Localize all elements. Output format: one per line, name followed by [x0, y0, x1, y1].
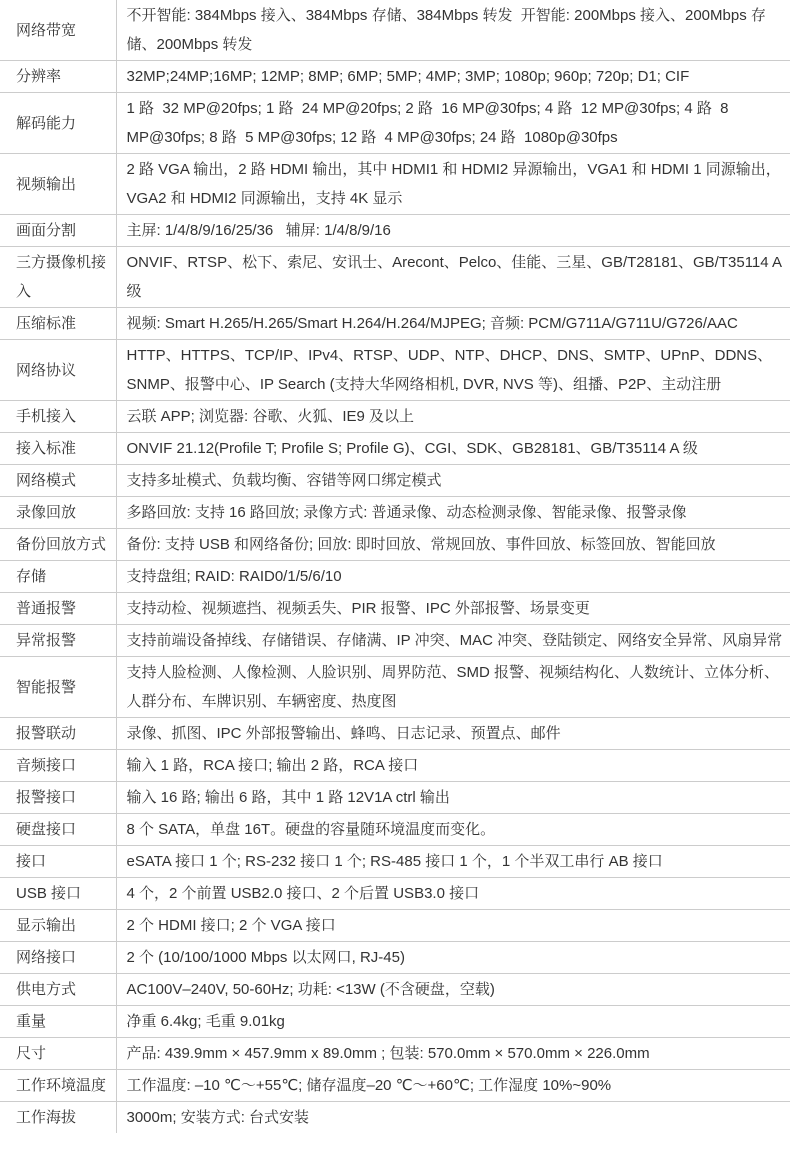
spec-table: 网络带宽 不开智能: 384Mbps 接入、384Mbps 存储、384Mbps…	[0, 0, 790, 1133]
spec-value: 输入 1 路，RCA 接口; 输出 2 路，RCA 接口	[116, 750, 790, 782]
spec-value: 产品: 439.9mm × 457.9mm x 89.0mm ; 包装: 570…	[116, 1038, 790, 1070]
spec-label: 尺寸	[0, 1038, 116, 1070]
spec-row: 显示输出 2 个 HDMI 接口; 2 个 VGA 接口	[0, 910, 790, 942]
spec-row: 报警接口 输入 16 路; 输出 6 路，其中 1 路 12V1A ctrl 输…	[0, 782, 790, 814]
spec-value: 视频: Smart H.265/H.265/Smart H.264/H.264/…	[116, 308, 790, 340]
spec-label: 显示输出	[0, 910, 116, 942]
spec-value: 工作温度: –10 ℃～+55℃; 储存温度–20 ℃～+60℃; 工作湿度 1…	[116, 1070, 790, 1102]
spec-value: 支持前端设备掉线、存储错误、存储满、IP 冲突、MAC 冲突、登陆锁定、网络安全…	[116, 625, 790, 657]
spec-row: 智能报警 支持人脸检测、人像检测、人脸识别、周界防范、SMD 报警、视频结构化、…	[0, 657, 790, 718]
spec-row: 重量 净重 6.4kg; 毛重 9.01kg	[0, 1006, 790, 1038]
spec-value: 多路回放: 支持 16 路回放; 录像方式: 普通录像、动态检测录像、智能录像、…	[116, 497, 790, 529]
spec-row: 压缩标准 视频: Smart H.265/H.265/Smart H.264/H…	[0, 308, 790, 340]
spec-value: 支持人脸检测、人像检测、人脸识别、周界防范、SMD 报警、视频结构化、人数统计、…	[116, 657, 790, 718]
spec-value: 不开智能: 384Mbps 接入、384Mbps 存储、384Mbps 转发 开…	[116, 0, 790, 61]
spec-row: 报警联动 录像、抓图、IPC 外部报警输出、蜂鸣、日志记录、预置点、邮件	[0, 718, 790, 750]
spec-value: 1 路 32 MP@20fps; 1 路 24 MP@20fps; 2 路 16…	[116, 93, 790, 154]
spec-table-body: 网络带宽 不开智能: 384Mbps 接入、384Mbps 存储、384Mbps…	[0, 0, 790, 1133]
spec-row: 网络协议 HTTP、HTTPS、TCP/IP、IPv4、RTSP、UDP、NTP…	[0, 340, 790, 401]
spec-row: 尺寸 产品: 439.9mm × 457.9mm x 89.0mm ; 包装: …	[0, 1038, 790, 1070]
spec-label: 报警联动	[0, 718, 116, 750]
spec-row: 接口 eSATA 接口 1 个; RS-232 接口 1 个; RS-485 接…	[0, 846, 790, 878]
spec-row: 供电方式 AC100V–240V, 50-60Hz; 功耗: <13W (不含硬…	[0, 974, 790, 1006]
spec-label: 网络模式	[0, 465, 116, 497]
spec-row: 备份回放方式 备份: 支持 USB 和网络备份; 回放: 即时回放、常规回放、事…	[0, 529, 790, 561]
spec-row: 网络带宽 不开智能: 384Mbps 接入、384Mbps 存储、384Mbps…	[0, 0, 790, 61]
spec-label: 工作海拔	[0, 1102, 116, 1134]
spec-row: 接入标准 ONVIF 21.12(Profile T; Profile S; P…	[0, 433, 790, 465]
spec-value: 支持多址模式、负载均衡、容错等网口绑定模式	[116, 465, 790, 497]
spec-row: 解码能力 1 路 32 MP@20fps; 1 路 24 MP@20fps; 2…	[0, 93, 790, 154]
spec-label: 压缩标准	[0, 308, 116, 340]
spec-label: 手机接入	[0, 401, 116, 433]
spec-label: 接入标准	[0, 433, 116, 465]
spec-value: 4 个，2 个前置 USB2.0 接口、2 个后置 USB3.0 接口	[116, 878, 790, 910]
spec-label: 网络协议	[0, 340, 116, 401]
spec-row: 手机接入 云联 APP; 浏览器: 谷歌、火狐、IE9 及以上	[0, 401, 790, 433]
spec-value: 云联 APP; 浏览器: 谷歌、火狐、IE9 及以上	[116, 401, 790, 433]
spec-value: 2 个 HDMI 接口; 2 个 VGA 接口	[116, 910, 790, 942]
spec-label: 普通报警	[0, 593, 116, 625]
spec-value: 录像、抓图、IPC 外部报警输出、蜂鸣、日志记录、预置点、邮件	[116, 718, 790, 750]
spec-value: ONVIF 21.12(Profile T; Profile S; Profil…	[116, 433, 790, 465]
spec-label: 硬盘接口	[0, 814, 116, 846]
spec-value: AC100V–240V, 50-60Hz; 功耗: <13W (不含硬盘，空载)	[116, 974, 790, 1006]
spec-label: 智能报警	[0, 657, 116, 718]
spec-row: 分辨率 32MP;24MP;16MP; 12MP; 8MP; 6MP; 5MP;…	[0, 61, 790, 93]
spec-label: 重量	[0, 1006, 116, 1038]
spec-row: 视频输出 2 路 VGA 输出，2 路 HDMI 输出，其中 HDMI1 和 H…	[0, 154, 790, 215]
spec-value: 2 路 VGA 输出，2 路 HDMI 输出，其中 HDMI1 和 HDMI2 …	[116, 154, 790, 215]
spec-row: 普通报警 支持动检、视频遮挡、视频丢失、PIR 报警、IPC 外部报警、场景变更	[0, 593, 790, 625]
spec-row: 网络接口 2 个 (10/100/1000 Mbps 以太网口, RJ-45)	[0, 942, 790, 974]
spec-value: 净重 6.4kg; 毛重 9.01kg	[116, 1006, 790, 1038]
spec-row: 存储 支持盘组; RAID: RAID0/1/5/6/10	[0, 561, 790, 593]
spec-label: 报警接口	[0, 782, 116, 814]
spec-row: USB 接口 4 个，2 个前置 USB2.0 接口、2 个后置 USB3.0 …	[0, 878, 790, 910]
spec-row: 音频接口 输入 1 路，RCA 接口; 输出 2 路，RCA 接口	[0, 750, 790, 782]
spec-row: 画面分割 主屏: 1/4/8/9/16/25/36 辅屏: 1/4/8/9/16	[0, 215, 790, 247]
spec-row: 异常报警 支持前端设备掉线、存储错误、存储满、IP 冲突、MAC 冲突、登陆锁定…	[0, 625, 790, 657]
spec-value: 支持盘组; RAID: RAID0/1/5/6/10	[116, 561, 790, 593]
spec-value: 32MP;24MP;16MP; 12MP; 8MP; 6MP; 5MP; 4MP…	[116, 61, 790, 93]
spec-label: 异常报警	[0, 625, 116, 657]
spec-label: 网络带宽	[0, 0, 116, 61]
spec-label: 视频输出	[0, 154, 116, 215]
spec-value: 3000m; 安装方式: 台式安装	[116, 1102, 790, 1134]
spec-row: 工作海拔 3000m; 安装方式: 台式安装	[0, 1102, 790, 1134]
spec-value: 支持动检、视频遮挡、视频丢失、PIR 报警、IPC 外部报警、场景变更	[116, 593, 790, 625]
spec-label: 录像回放	[0, 497, 116, 529]
spec-value: eSATA 接口 1 个; RS-232 接口 1 个; RS-485 接口 1…	[116, 846, 790, 878]
spec-label: 备份回放方式	[0, 529, 116, 561]
spec-label: 三方摄像机接入	[0, 247, 116, 308]
spec-label: 存储	[0, 561, 116, 593]
spec-label: 分辨率	[0, 61, 116, 93]
spec-row: 录像回放 多路回放: 支持 16 路回放; 录像方式: 普通录像、动态检测录像、…	[0, 497, 790, 529]
spec-row: 三方摄像机接入 ONVIF、RTSP、松下、索尼、安讯士、Arecont、Pel…	[0, 247, 790, 308]
spec-row: 网络模式 支持多址模式、负载均衡、容错等网口绑定模式	[0, 465, 790, 497]
spec-label: 网络接口	[0, 942, 116, 974]
spec-value: 2 个 (10/100/1000 Mbps 以太网口, RJ-45)	[116, 942, 790, 974]
spec-label: USB 接口	[0, 878, 116, 910]
spec-label: 解码能力	[0, 93, 116, 154]
spec-value: 8 个 SATA，单盘 16T。硬盘的容量随环境温度而变化。	[116, 814, 790, 846]
spec-label: 接口	[0, 846, 116, 878]
spec-value: ONVIF、RTSP、松下、索尼、安讯士、Arecont、Pelco、佳能、三星…	[116, 247, 790, 308]
spec-value: 输入 16 路; 输出 6 路，其中 1 路 12V1A ctrl 输出	[116, 782, 790, 814]
spec-row: 硬盘接口 8 个 SATA，单盘 16T。硬盘的容量随环境温度而变化。	[0, 814, 790, 846]
spec-row: 工作环境温度 工作温度: –10 ℃～+55℃; 储存温度–20 ℃～+60℃;…	[0, 1070, 790, 1102]
spec-value: HTTP、HTTPS、TCP/IP、IPv4、RTSP、UDP、NTP、DHCP…	[116, 340, 790, 401]
spec-value: 主屏: 1/4/8/9/16/25/36 辅屏: 1/4/8/9/16	[116, 215, 790, 247]
spec-value: 备份: 支持 USB 和网络备份; 回放: 即时回放、常规回放、事件回放、标签回…	[116, 529, 790, 561]
spec-label: 音频接口	[0, 750, 116, 782]
spec-label: 供电方式	[0, 974, 116, 1006]
spec-label: 画面分割	[0, 215, 116, 247]
spec-label: 工作环境温度	[0, 1070, 116, 1102]
